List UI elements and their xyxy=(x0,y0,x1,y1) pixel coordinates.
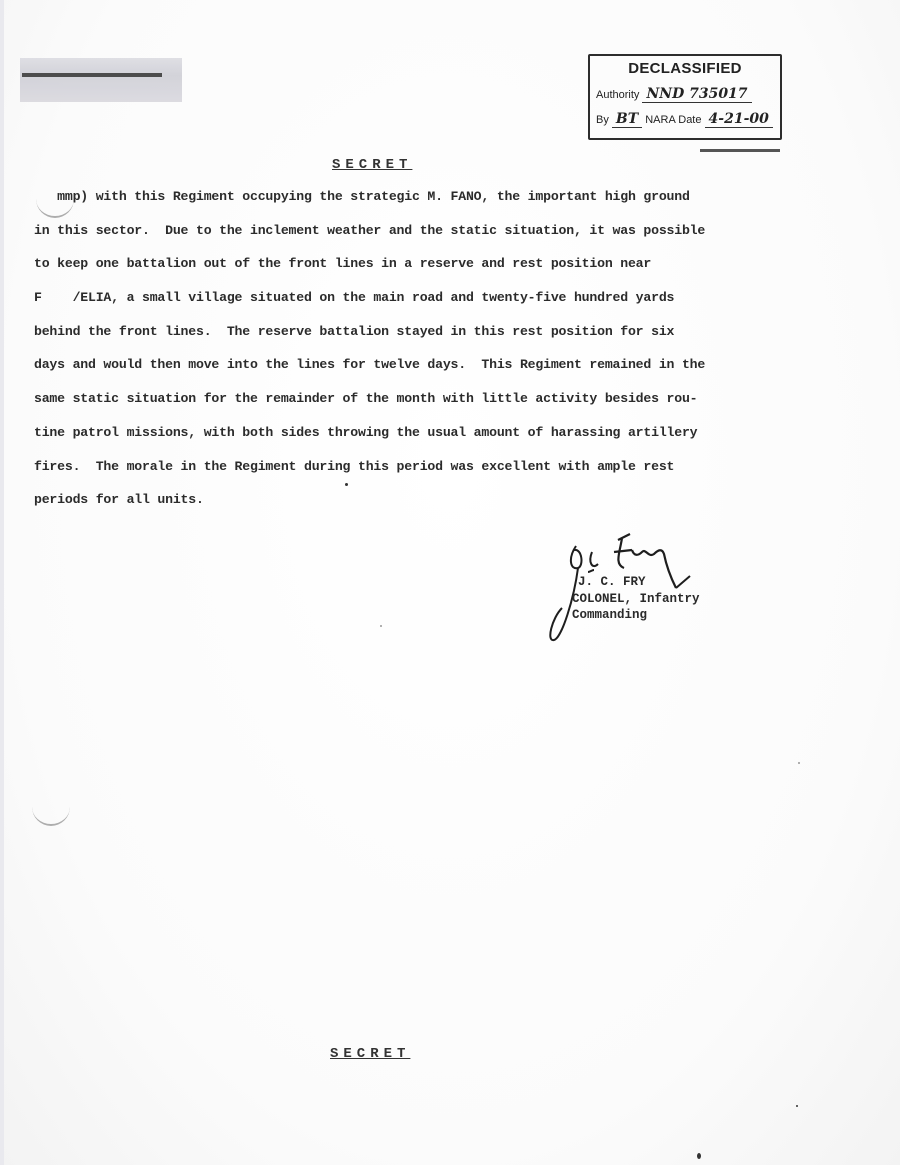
stamp-nara-date-value: 4-21-00 xyxy=(705,111,773,128)
stamp-authority-value: NND 735017 xyxy=(642,86,751,103)
body-line: mmp) with this Regiment occupying the st… xyxy=(34,186,794,220)
document-page: DECLASSIFIED Authority NND 735017 By BT … xyxy=(0,0,900,1165)
stamp-by-value: BT xyxy=(612,111,642,128)
ink-speck xyxy=(345,483,348,486)
punch-hole-mark xyxy=(32,798,70,826)
body-line: F /ELIA, a small village situated on the… xyxy=(34,287,794,321)
stamp-nara-date-label: NARA Date xyxy=(645,114,701,126)
body-line: fires. The morale in the Regiment during… xyxy=(34,456,794,490)
ink-speck xyxy=(798,762,800,764)
stamp-underline-mark xyxy=(700,149,780,152)
stamp-by-label: By xyxy=(596,114,609,126)
body-line: in this sector. Due to the inclement wea… xyxy=(34,220,794,254)
body-line: tine patrol missions, with both sides th… xyxy=(34,422,794,456)
body-line: same static situation for the remainder … xyxy=(34,388,794,422)
declassified-stamp: DECLASSIFIED Authority NND 735017 By BT … xyxy=(588,54,782,140)
stamp-authority-row: Authority NND 735017 xyxy=(596,86,752,102)
body-line: days and would then move into the lines … xyxy=(34,354,794,388)
signatory-name: J. C. FRY xyxy=(578,575,646,589)
stamp-title: DECLASSIFIED xyxy=(590,60,780,77)
body-line: periods for all units. xyxy=(34,489,794,523)
ink-speck xyxy=(796,1105,798,1107)
ink-speck xyxy=(697,1153,701,1159)
ink-speck xyxy=(380,625,382,627)
classification-header: SECRET xyxy=(332,157,412,173)
redaction-bar xyxy=(22,73,162,77)
classification-footer: SECRET xyxy=(330,1046,410,1062)
signatory-role: Commanding xyxy=(572,608,647,622)
page-edge xyxy=(0,0,4,1165)
body-line: to keep one battalion out of the front l… xyxy=(34,253,794,287)
stamp-by-row: By BT NARA Date 4-21-00 xyxy=(596,111,773,127)
signature-block: J. C. FRY COLONEL, Infantry Commanding xyxy=(548,528,748,658)
redacted-header-strip xyxy=(20,58,182,102)
report-body: mmp) with this Regiment occupying the st… xyxy=(34,186,794,523)
stamp-authority-label: Authority xyxy=(596,89,639,101)
signatory-rank: COLONEL, Infantry xyxy=(572,592,700,606)
body-line: behind the front lines. The reserve batt… xyxy=(34,321,794,355)
